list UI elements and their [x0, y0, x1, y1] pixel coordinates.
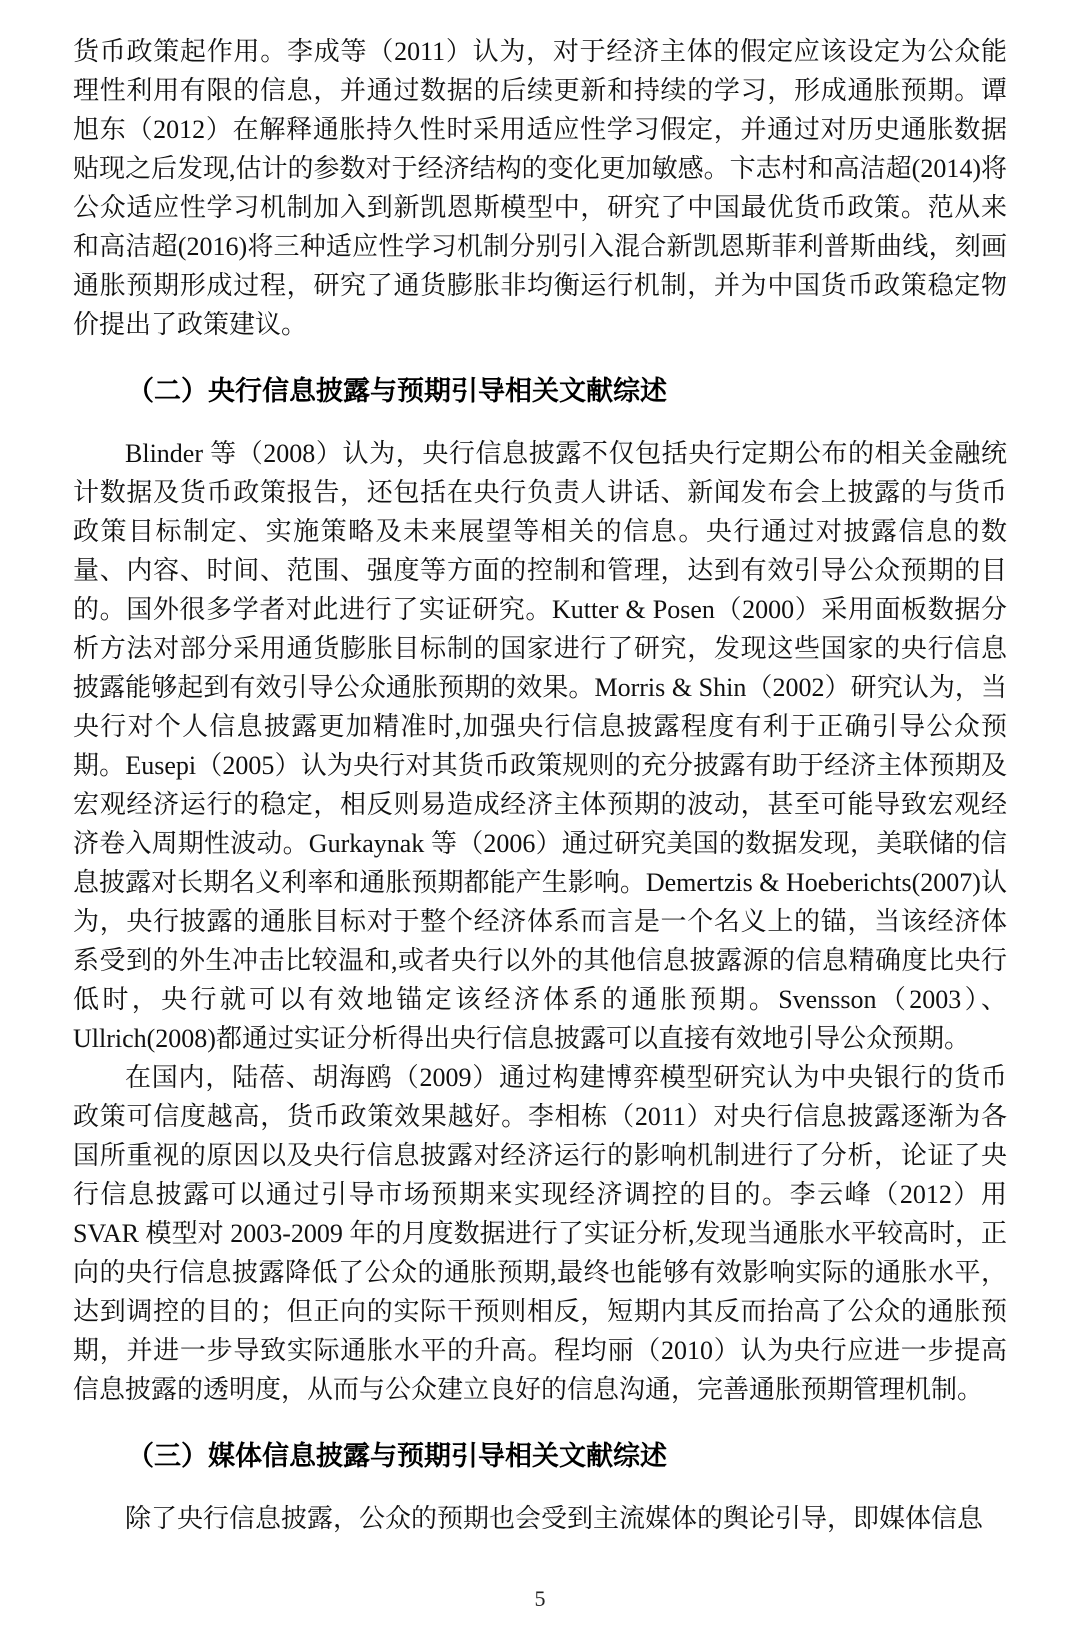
document-page: 货币政策起作用。李成等（2011）认为，对于经济主体的假定应该设定为公众能理性利… [0, 0, 1080, 1632]
paragraph-adaptive-learning-literature: 货币政策起作用。李成等（2011）认为，对于经济主体的假定应该设定为公众能理性利… [73, 32, 1007, 344]
section-heading-central-bank-disclosure: （二）央行信息披露与预期引导相关文献综述 [73, 371, 1007, 411]
document-body: 货币政策起作用。李成等（2011）认为，对于经济主体的假定应该设定为公众能理性利… [73, 32, 1007, 1538]
paragraph-media-disclosure-intro: 除了央行信息披露，公众的预期也会受到主流媒体的舆论引导，即媒体信息 [73, 1499, 1007, 1538]
paragraph-central-bank-international-studies: Blinder 等（2008）认为，央行信息披露不仅包括央行定期公布的相关金融统… [73, 434, 1007, 1058]
section-heading-media-disclosure: （三）媒体信息披露与预期引导相关文献综述 [73, 1436, 1007, 1476]
paragraph-central-bank-domestic-studies: 在国内，陆蓓、胡海鸥（2009）通过构建博弈模型研究认为中央银行的货币政策可信度… [73, 1058, 1007, 1409]
page-number: 5 [0, 1586, 1080, 1612]
